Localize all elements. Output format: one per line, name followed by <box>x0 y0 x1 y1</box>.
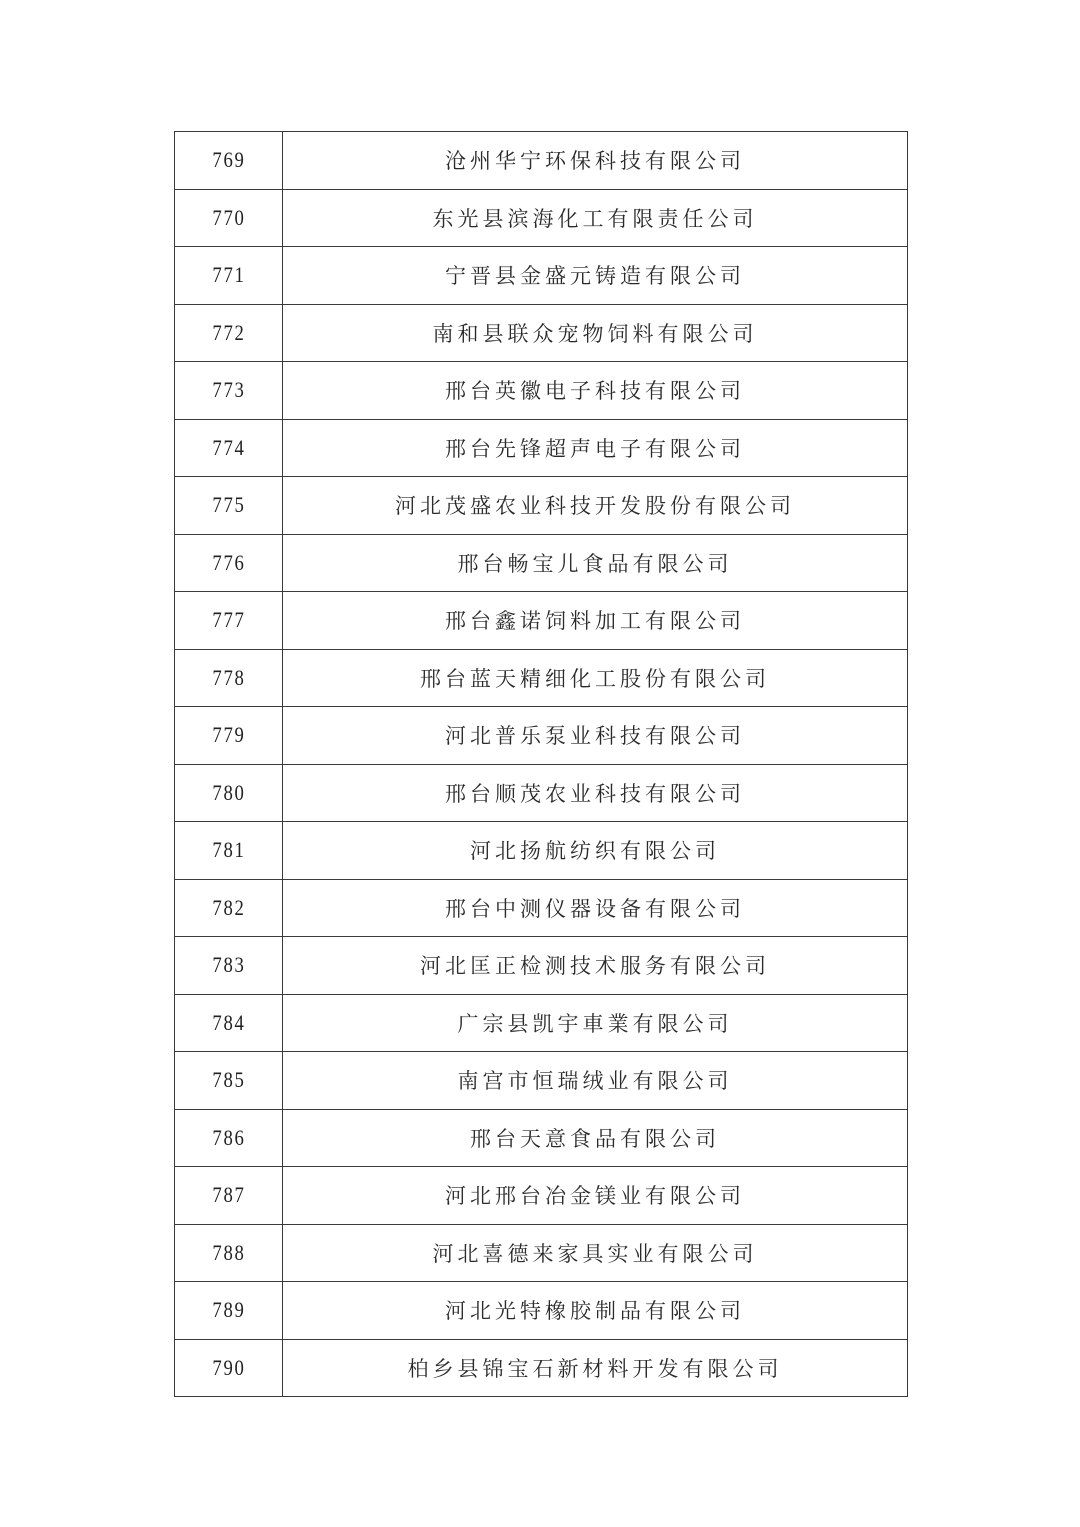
row-number: 788 <box>183 1224 275 1282</box>
table-row: 776 邢台畅宝儿食品有限公司 <box>175 534 908 592</box>
row-number: 789 <box>183 1282 275 1340</box>
company-name: 河北邢台冶金镁业有限公司 <box>283 1167 908 1225</box>
table-row: 777 邢台鑫诺饲料加工有限公司 <box>175 592 908 650</box>
company-name: 邢台英徽电子科技有限公司 <box>283 362 908 420</box>
table-row: 775 河北茂盛农业科技开发股份有限公司 <box>175 477 908 535</box>
row-number: 780 <box>183 764 275 822</box>
row-number: 784 <box>183 994 275 1052</box>
table-row: 770 东光县滨海化工有限责任公司 <box>175 189 908 247</box>
table-row: 771 宁晋县金盛元铸造有限公司 <box>175 247 908 305</box>
table-row: 787 河北邢台冶金镁业有限公司 <box>175 1167 908 1225</box>
table-row: 790 柏乡县锦宝石新材料开发有限公司 <box>175 1339 908 1397</box>
row-number: 772 <box>183 304 275 362</box>
company-name: 河北喜德来家具实业有限公司 <box>283 1224 908 1282</box>
company-name: 邢台先锋超声电子有限公司 <box>283 419 908 477</box>
row-number: 790 <box>183 1339 275 1397</box>
company-name: 河北茂盛农业科技开发股份有限公司 <box>283 477 908 535</box>
row-number: 782 <box>183 879 275 937</box>
table-row: 785 南宫市恒瑞绒业有限公司 <box>175 1052 908 1110</box>
row-number: 787 <box>183 1167 275 1225</box>
company-name: 广宗县凯宇車業有限公司 <box>283 994 908 1052</box>
company-name: 南和县联众宠物饲料有限公司 <box>283 304 908 362</box>
table-row: 772 南和县联众宠物饲料有限公司 <box>175 304 908 362</box>
table-row: 774 邢台先锋超声电子有限公司 <box>175 419 908 477</box>
company-name: 柏乡县锦宝石新材料开发有限公司 <box>283 1339 908 1397</box>
table-row: 783 河北匡正检测技术服务有限公司 <box>175 937 908 995</box>
company-name: 邢台畅宝儿食品有限公司 <box>283 534 908 592</box>
table-row: 773 邢台英徽电子科技有限公司 <box>175 362 908 420</box>
table-row: 788 河北喜德来家具实业有限公司 <box>175 1224 908 1282</box>
row-number: 779 <box>183 707 275 765</box>
row-number: 781 <box>183 822 275 880</box>
table-row: 789 河北光特橡胶制品有限公司 <box>175 1282 908 1340</box>
company-list-table: 769 沧州华宁环保科技有限公司 770 东光县滨海化工有限责任公司 771 宁… <box>174 131 908 1397</box>
row-number: 783 <box>183 937 275 995</box>
row-number: 776 <box>183 534 275 592</box>
table-row: 782 邢台中测仪器设备有限公司 <box>175 879 908 937</box>
row-number: 786 <box>183 1109 275 1167</box>
table-row: 769 沧州华宁环保科技有限公司 <box>175 132 908 190</box>
row-number: 778 <box>183 649 275 707</box>
company-name: 河北扬航纺织有限公司 <box>283 822 908 880</box>
company-name: 邢台中测仪器设备有限公司 <box>283 879 908 937</box>
company-name: 河北匡正检测技术服务有限公司 <box>283 937 908 995</box>
table-body: 769 沧州华宁环保科技有限公司 770 东光县滨海化工有限责任公司 771 宁… <box>175 132 908 1397</box>
table-row: 779 河北普乐泵业科技有限公司 <box>175 707 908 765</box>
table-row: 780 邢台顺茂农业科技有限公司 <box>175 764 908 822</box>
row-number: 777 <box>183 592 275 650</box>
table-row: 786 邢台天意食品有限公司 <box>175 1109 908 1167</box>
company-name: 邢台蓝天精细化工股份有限公司 <box>283 649 908 707</box>
company-name: 河北普乐泵业科技有限公司 <box>283 707 908 765</box>
company-name: 邢台天意食品有限公司 <box>283 1109 908 1167</box>
table-row: 784 广宗县凯宇車業有限公司 <box>175 994 908 1052</box>
row-number: 785 <box>183 1052 275 1110</box>
table-row: 778 邢台蓝天精细化工股份有限公司 <box>175 649 908 707</box>
company-name: 南宫市恒瑞绒业有限公司 <box>283 1052 908 1110</box>
row-number: 774 <box>183 419 275 477</box>
company-name: 河北光特橡胶制品有限公司 <box>283 1282 908 1340</box>
table-row: 781 河北扬航纺织有限公司 <box>175 822 908 880</box>
company-name: 沧州华宁环保科技有限公司 <box>283 132 908 190</box>
row-number: 771 <box>183 247 275 305</box>
company-name: 宁晋县金盛元铸造有限公司 <box>283 247 908 305</box>
row-number: 773 <box>183 362 275 420</box>
company-name: 邢台顺茂农业科技有限公司 <box>283 764 908 822</box>
company-name: 东光县滨海化工有限责任公司 <box>283 189 908 247</box>
row-number: 769 <box>183 132 275 190</box>
row-number: 775 <box>183 477 275 535</box>
row-number: 770 <box>183 189 275 247</box>
document-page: 769 沧州华宁环保科技有限公司 770 东光县滨海化工有限责任公司 771 宁… <box>0 0 1080 1527</box>
company-name: 邢台鑫诺饲料加工有限公司 <box>283 592 908 650</box>
